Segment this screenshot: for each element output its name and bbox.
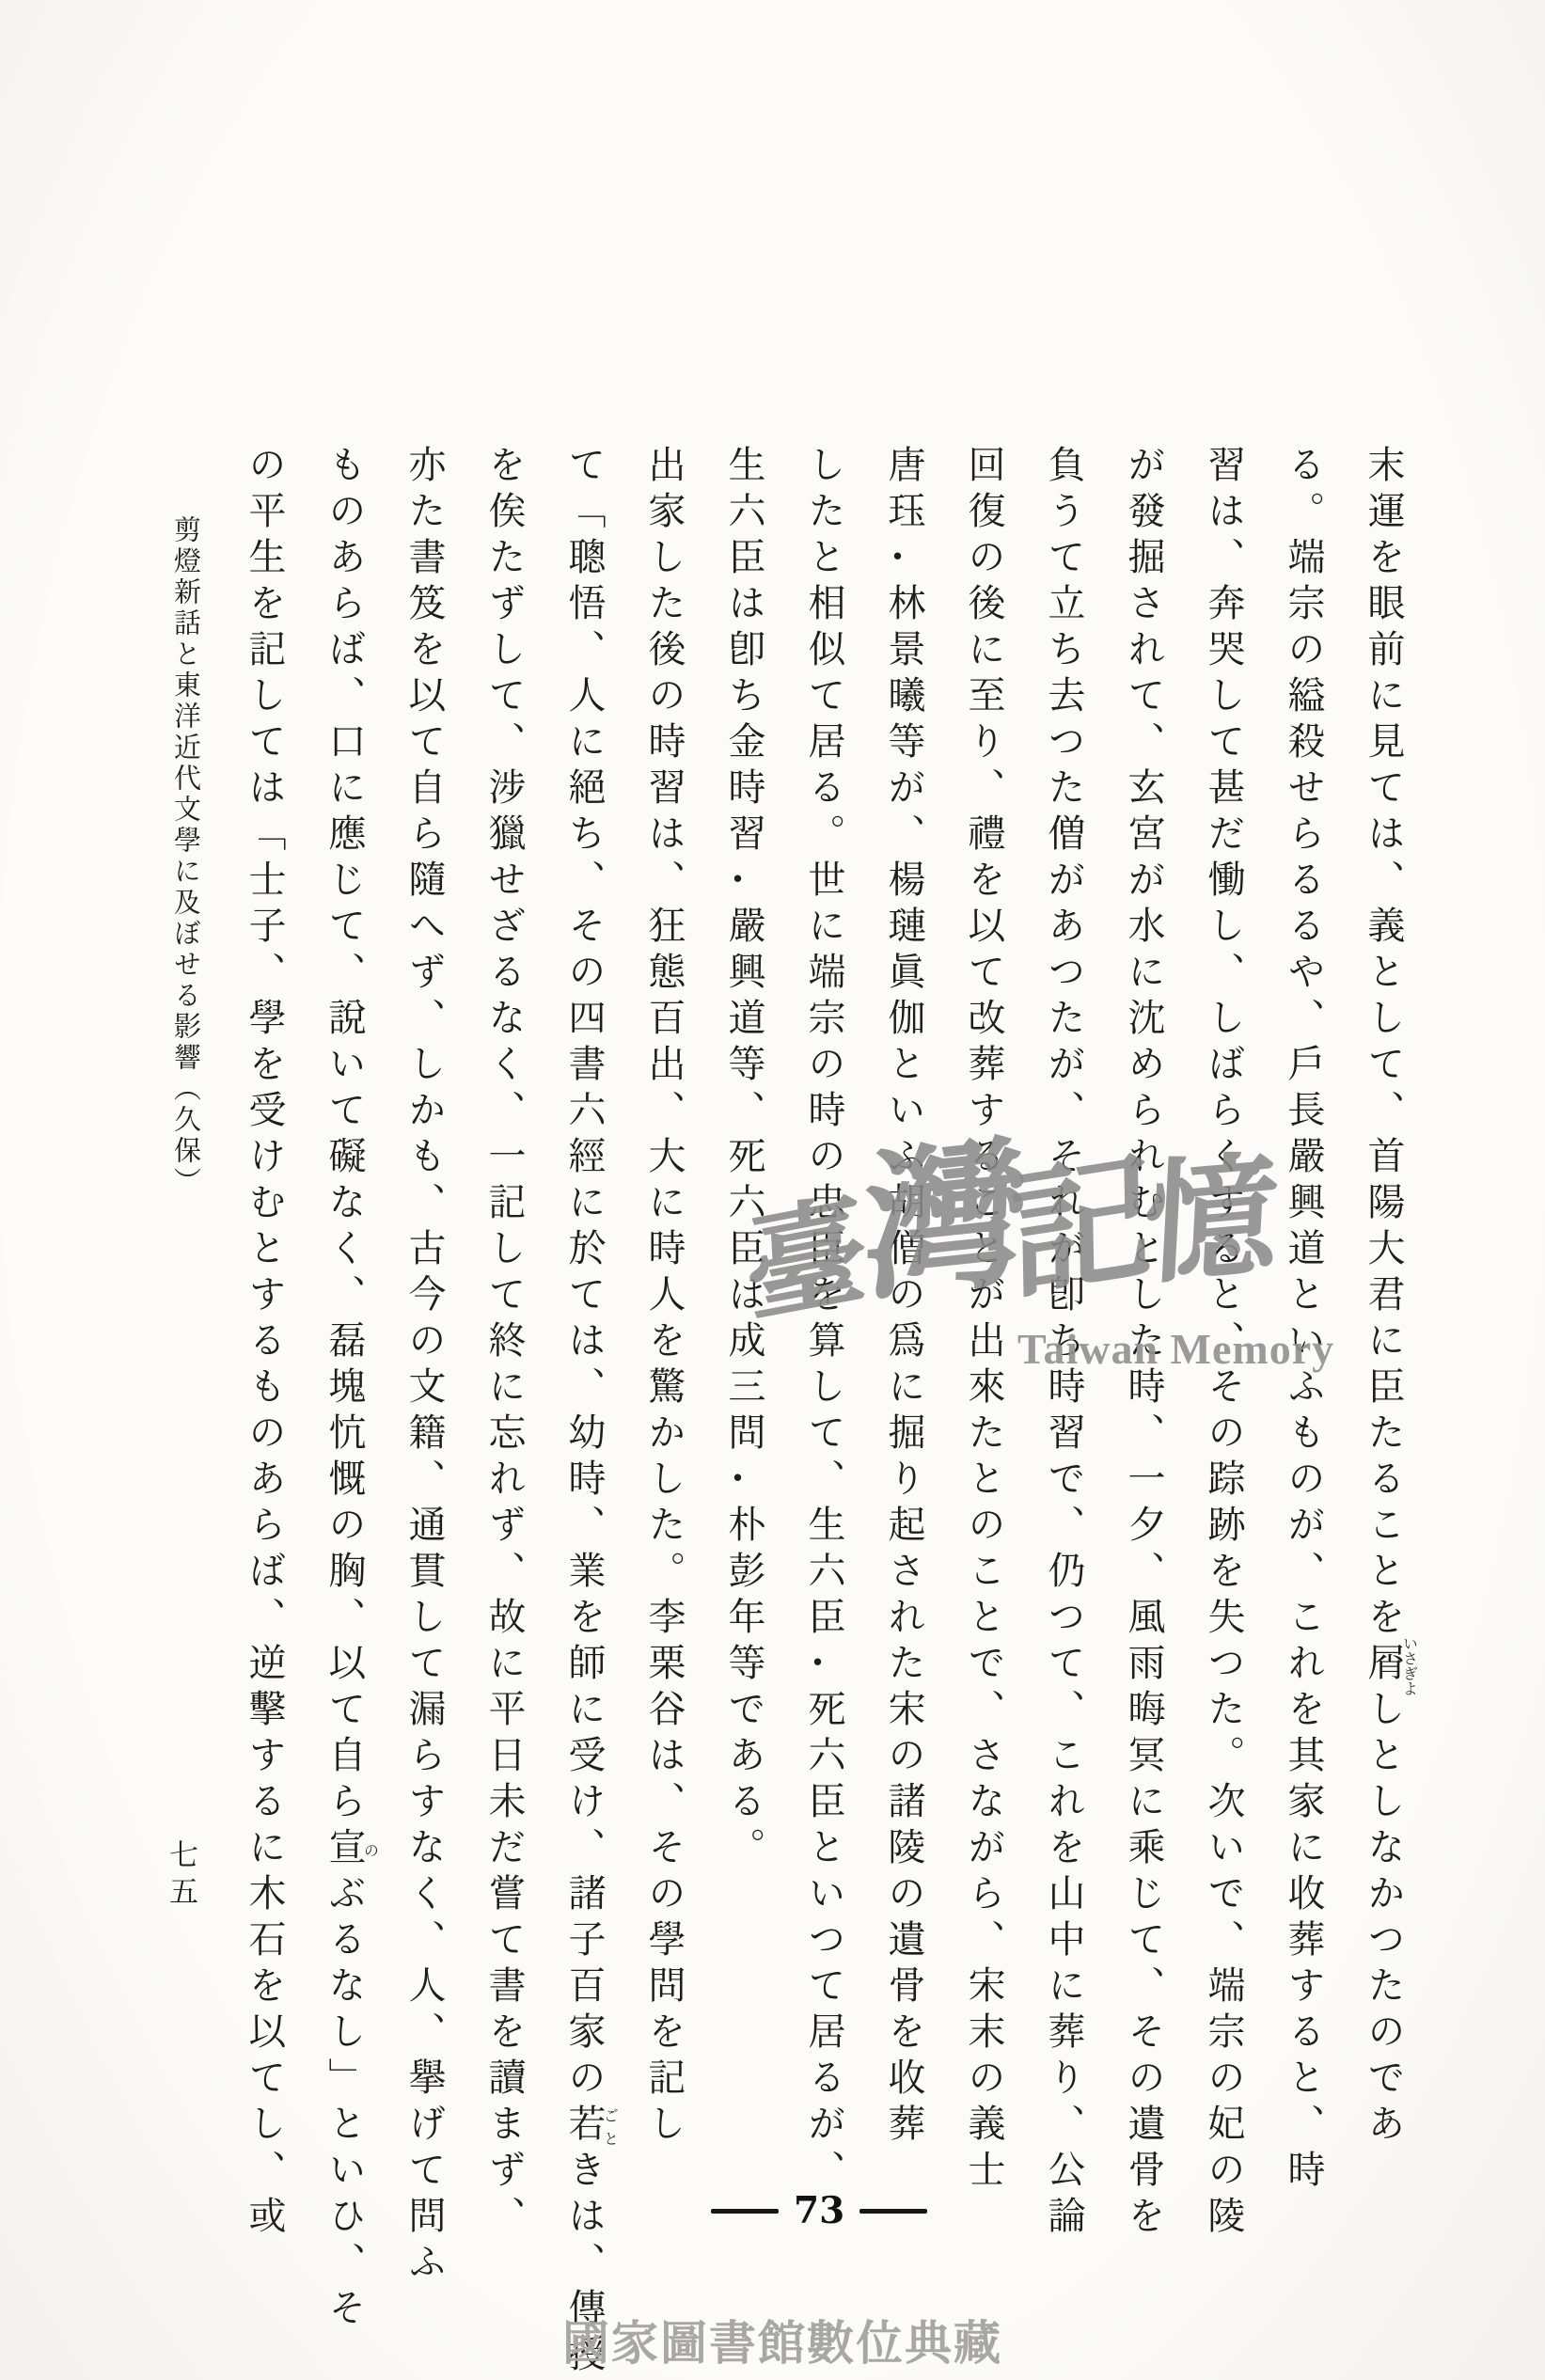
text-column: したと相似て居る。世に端宗の時の忠臣を算して、生六臣・死六臣といつて居るが、	[783, 445, 863, 2363]
text-column: ものあらば、口に應じて、說いて礙なく、磊塊忼慨の胸、以て自ら宣のぶるなし」といひ…	[304, 445, 384, 2363]
page-number-rule-right	[859, 2209, 927, 2214]
text-column: 生六臣は卽ち金時習・嚴興道等、死六臣は成三問・朴彭年等である。	[703, 445, 783, 2363]
text-column: 出家した後の時習は、狂態百出、大に時人を驚かした。李栗谷は、その學問を記し	[623, 445, 703, 2363]
scanned-journal-page: { "document": { "running_title": "剪燈新話と東…	[0, 0, 1545, 2380]
text-column: 亦た書笈を以て自ら隨へず、しかも、古今の文籍、通貫して漏らすなく、人、擧げて問ふ	[384, 445, 464, 2363]
text-column: 末運を眼前に見ては、義として、首陽大君に臣たることを屑いさぎよしとしなかつたので…	[1343, 445, 1423, 2363]
text-column: 唐珏・林景曦等が、楊璉眞伽といふ胡僧の爲に掘り起された宋の諸陵の遺骨を收葬	[863, 445, 943, 2363]
text-column: 負うて立ち去つた僧があつたが、それが卽ち時習で、仍つて、これを山中に葬り、公論	[1023, 445, 1103, 2363]
text-column: が發掘されて、玄宮が水に沈められむとした時、一夕、風雨晦冥に乘じて、その遺骨を	[1103, 445, 1183, 2363]
text-column: を俟たずして、涉獵せざるなく、一記して終に忘れず、故に平日未だ嘗て書を讀まず、	[464, 445, 544, 2363]
text-column: る。端宗の縊殺せらるるや、戶長嚴興道といふものが、これを其家に收葬すると、時	[1263, 445, 1343, 2363]
page-number-rule-left	[711, 2209, 779, 2214]
body-text: 末運を眼前に見ては、義として、首陽大君に臣たることを屑いさぎよしとしなかつたので…	[224, 445, 1423, 2363]
furigana-annotated-char: 宣の	[323, 1827, 366, 1873]
running-title: 剪燈新話と東洋近代文學に及ぼせる影響（久保）	[167, 515, 206, 1198]
text-column: 習は、奔哭して甚だ慟し、しばらくすると、その踪跡を失つた。次いで、端宗の妃の陵	[1183, 445, 1263, 2363]
furigana-annotated-char: 若ごと	[562, 2104, 606, 2150]
text-column: て「聰悟、人に絕ち、その四書六經に於ては、幼時、業を師に受け、諸子百家の若ごとき…	[544, 445, 623, 2363]
digital-archive-label: 國家圖書館數位典藏	[562, 2306, 1002, 2373]
furigana-annotated-char: 屑いさぎよ	[1362, 1643, 1405, 1689]
text-column: 回復の後に至り、禮を以て改葬することが出來たとのことで、さながら、宋末の義士	[943, 445, 1023, 2363]
text-column: の平生を記しては「士子、學を受けむとするものあらば、逆擊するに木石を以てし、或	[224, 445, 304, 2363]
page-number-kanji: 七五	[160, 1839, 202, 1913]
page-number-value: 73	[794, 2193, 844, 2230]
page-number: 73	[711, 2193, 927, 2230]
